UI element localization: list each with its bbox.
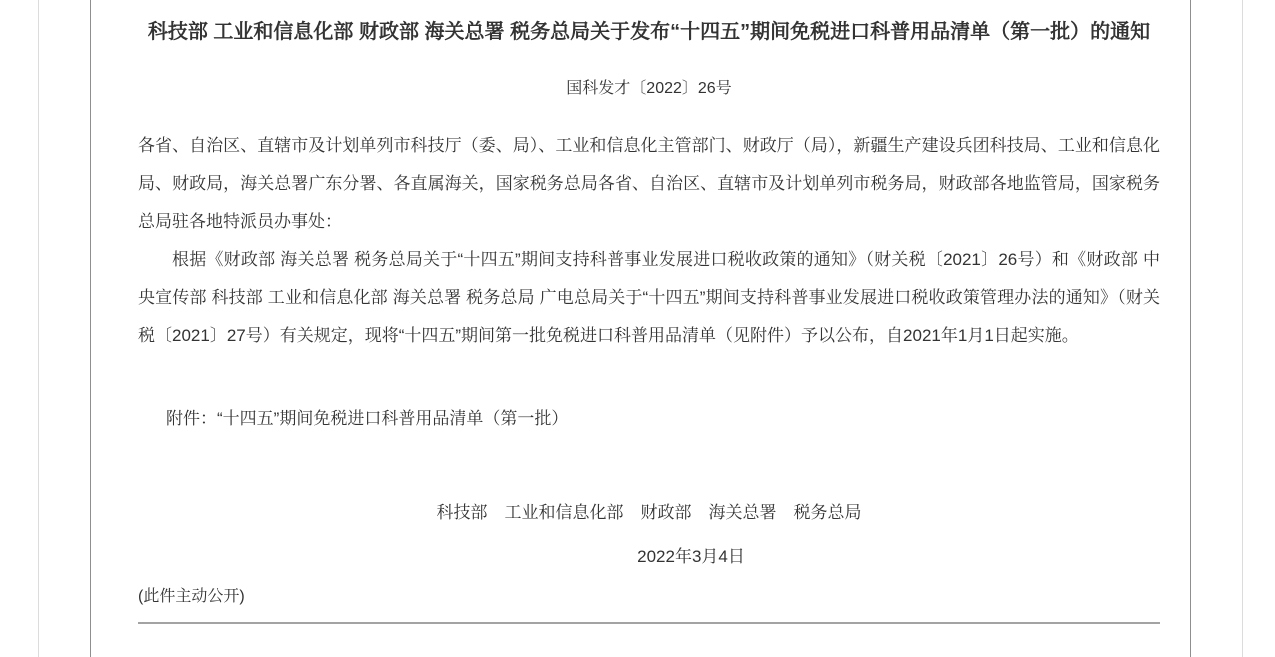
signature-agencies: 科技部 工业和信息化部 财政部 海关总署 税务总局	[138, 501, 1160, 525]
bottom-divider	[138, 622, 1160, 624]
page: { "document": { "title": "科技部 工业和信息化部 财政…	[0, 0, 1275, 657]
document-title: 科技部 工业和信息化部 财政部 海关总署 税务总局关于发布“十四五”期间免税进口…	[138, 18, 1160, 47]
signature-date-text: 2022年3月4日	[637, 547, 745, 566]
document-number: 国科发才〔2022〕26号	[138, 77, 1160, 101]
disclosure-note: (此件主动公开)	[138, 585, 1160, 609]
attachment-label: 附件：	[166, 409, 217, 428]
signature-date: 2022年3月4日	[138, 545, 1160, 569]
attachment-line: 附件：“十四五”期间免税进口科普用品清单（第一批）	[138, 407, 1160, 431]
document-card: 科技部 工业和信息化部 财政部 海关总署 税务总局关于发布“十四五”期间免税进口…	[90, 0, 1191, 657]
outer-frame-line-right	[1242, 0, 1243, 657]
recipients-paragraph: 各省、自治区、直辖市及计划单列市科技厅（委、局）、工业和信息化主管部门、财政厅（…	[138, 127, 1160, 241]
body-paragraph: 根据《财政部 海关总署 税务总局关于“十四五”期间支持科普事业发展进口税收政策的…	[138, 241, 1160, 355]
outer-frame-line-left	[38, 0, 39, 657]
attachment-title: “十四五”期间免税进口科普用品清单（第一批）	[217, 409, 568, 428]
